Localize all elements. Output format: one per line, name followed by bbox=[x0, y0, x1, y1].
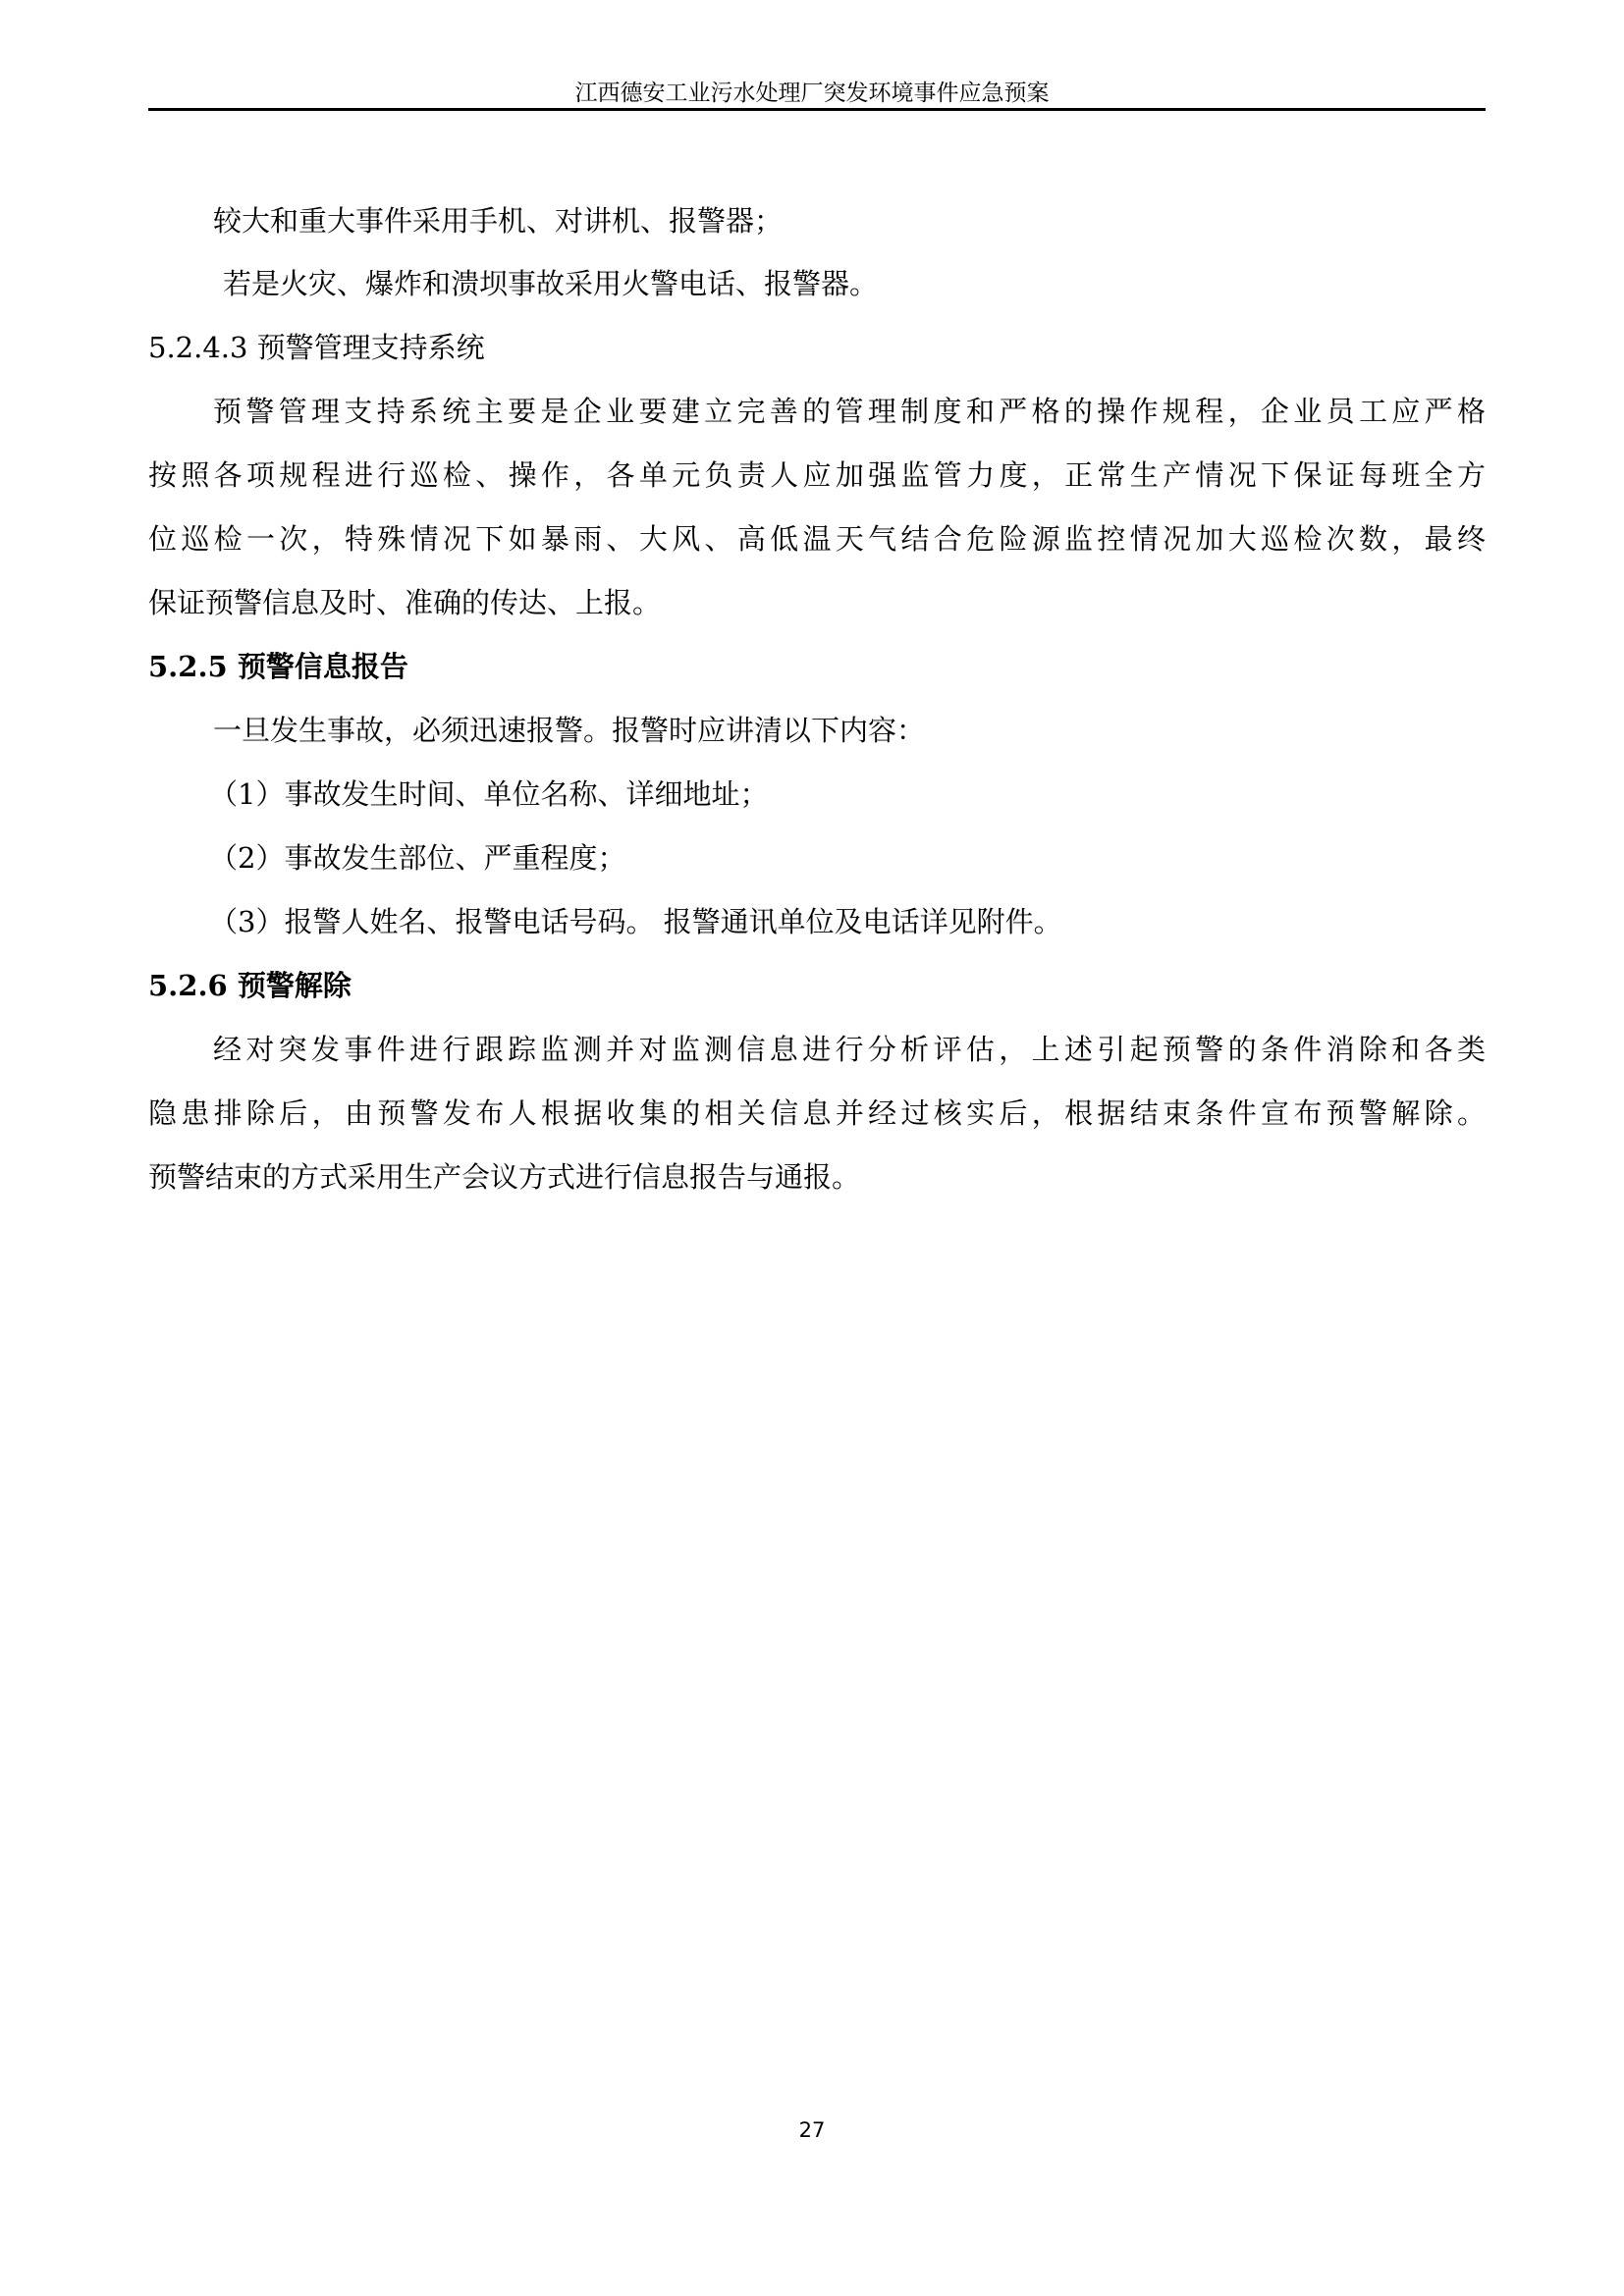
paragraph-line: 按照各项规程进行巡检、操作，各单元负责人应加强监管力度，正常生产情况下保证每班全… bbox=[148, 458, 1486, 492]
paragraph-line: 一旦发生事故，必须迅速报警。报警时应讲清以下内容： bbox=[213, 714, 1550, 747]
paragraph-line: 隐患排除后，由预警发布人根据收集的相关信息并经过核实后，根据结束条件宣布预警解除… bbox=[148, 1096, 1486, 1130]
paragraph-line: 预警管理支持系统主要是企业要建立完善的管理制度和严格的操作规程，企业员工应严格 bbox=[213, 395, 1486, 428]
body-line: 较大和重大事件采用手机、对讲机、报警器； bbox=[213, 204, 1550, 238]
list-item: （3）报警人姓名、报警电话号码。 报警通讯单位及电话详见附件。 bbox=[209, 905, 1546, 938]
paragraph-line: 位巡检一次，特殊情况下如暴雨、大风、高低温天气结合危险源监控情况加大巡检次数，最… bbox=[148, 522, 1486, 556]
header-divider bbox=[148, 108, 1486, 111]
section-heading-5-2-4-3: 5.2.4.3 预警管理支持系统 bbox=[148, 331, 1486, 364]
paragraph-line: 保证预警信息及时、准确的传达、上报。 bbox=[148, 586, 1486, 619]
document-title: 江西德安工业污水处理厂突发环境事件应急预案 bbox=[0, 75, 1624, 107]
section-heading-5-2-5: 5.2.5 预警信息报告 bbox=[148, 650, 1486, 683]
page-number: 27 bbox=[0, 2118, 1624, 2142]
paragraph-line: 经对突发事件进行跟踪监测并对监测信息进行分析评估，上述引起预警的条件消除和各类 bbox=[213, 1033, 1486, 1066]
list-item: （1）事故发生时间、单位名称、详细地址； bbox=[209, 777, 1546, 811]
section-heading-5-2-6: 5.2.6 预警解除 bbox=[148, 969, 1486, 1002]
list-item: （2）事故发生部位、严重程度； bbox=[209, 841, 1546, 875]
body-line: 若是火灾、爆炸和溃坝事故采用火警电话、报警器。 bbox=[223, 267, 1560, 300]
paragraph-line: 预警结束的方式采用生产会议方式进行信息报告与通报。 bbox=[148, 1160, 1486, 1194]
